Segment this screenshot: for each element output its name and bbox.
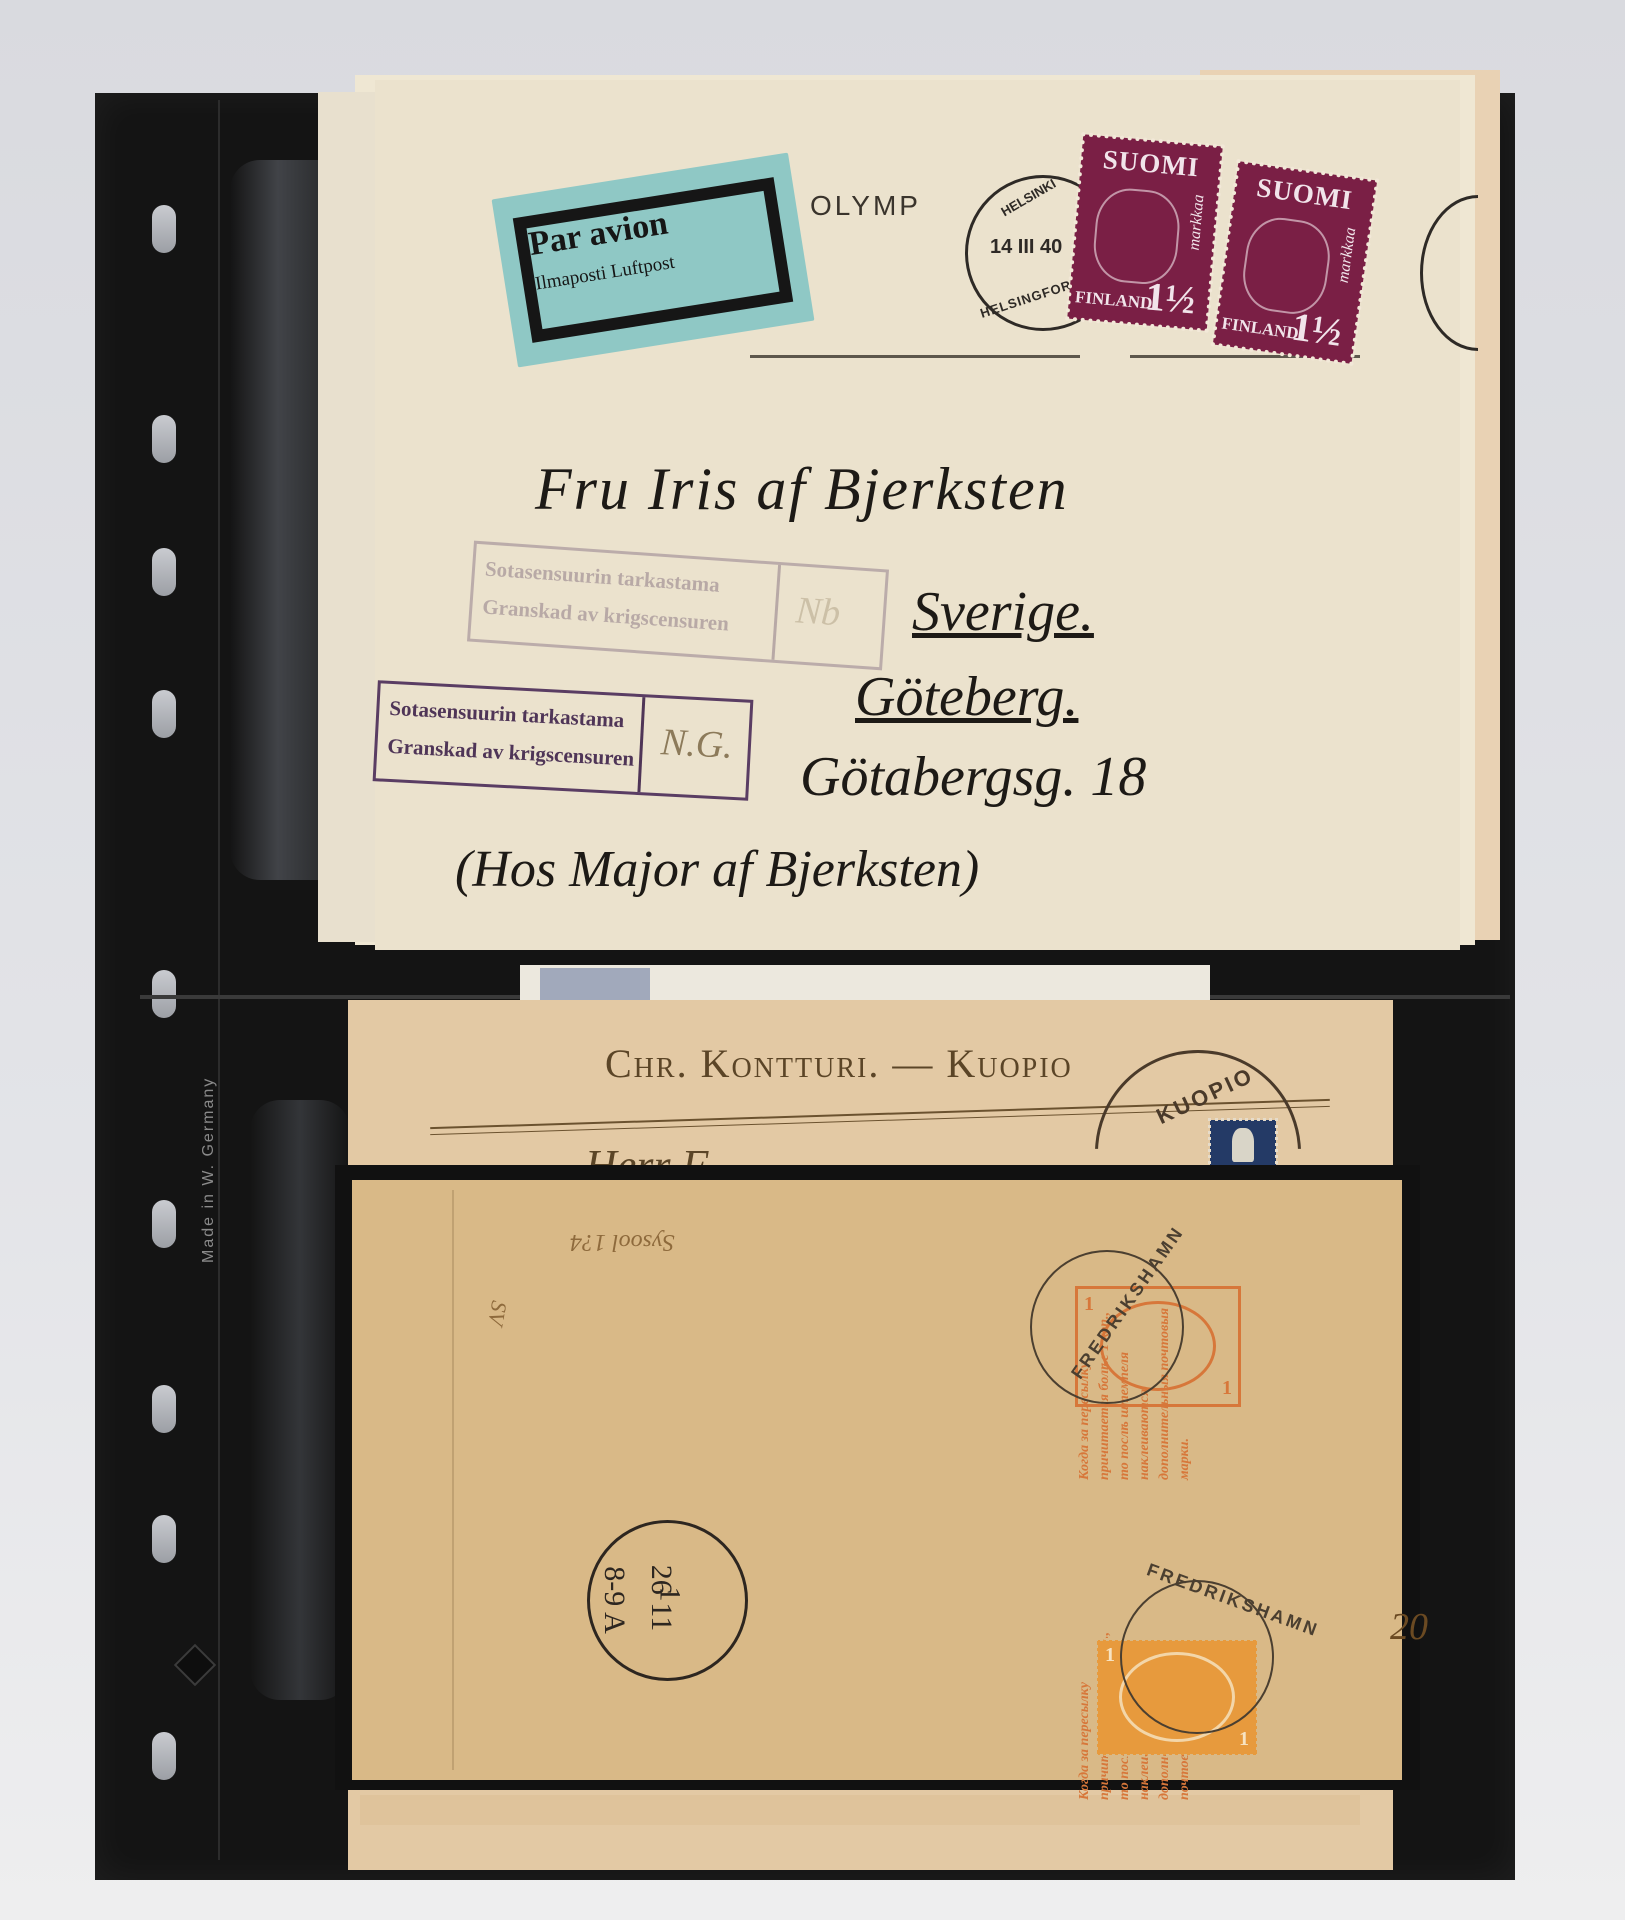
stamp-value: 1	[1239, 1728, 1249, 1751]
punch-hole	[152, 1385, 176, 1433]
indicium-value: 1	[1222, 1377, 1232, 1400]
stamp-currency: markkaa	[1335, 226, 1361, 284]
cancel-line	[750, 355, 1080, 358]
stamp-country: SUOMI	[1080, 142, 1222, 185]
censor-initial-box: Nb	[771, 565, 885, 667]
stamp-country-sub: FINLAND	[1220, 314, 1299, 345]
sleeve-binding-strip	[218, 100, 220, 1860]
envelope-edge	[360, 1795, 1360, 1825]
blue-stamp-partial	[540, 968, 650, 1002]
address-line-city: Göteberg.	[855, 665, 1078, 729]
punch-hole	[152, 1515, 176, 1563]
stamp-country-sub: FINLAND	[1074, 287, 1153, 314]
punch-hole	[152, 548, 176, 596]
punch-hole	[152, 1732, 176, 1780]
slogan-cancel: OLYMP	[810, 190, 921, 222]
card-fold-line	[452, 1190, 454, 1770]
punch-hole	[152, 415, 176, 463]
blue-arms-stamp	[1210, 1120, 1276, 1168]
postmark-city-top: HELSINKI	[998, 176, 1058, 219]
censor-line-1: Sotasensuurin tarkastama	[389, 696, 625, 733]
censor-line-1: Sotasensuurin tarkastama	[484, 556, 720, 597]
pencil-note: Sysool 1?4	[570, 1228, 675, 1255]
censor-mark: Sotasensuurin tarkastama Granskad av kri…	[373, 680, 754, 801]
punch-hole	[152, 205, 176, 253]
censor-initials: Nb	[794, 588, 841, 635]
censor-line-2: Granskad av krigscensuren	[387, 734, 635, 772]
edge-handwriting: 20	[1390, 1605, 1428, 1649]
stamp-value: 1½	[1143, 272, 1197, 323]
stamp-suomi-lion: SUOMI markkaa FINLAND 1½	[1067, 134, 1223, 330]
punch-hole	[152, 690, 176, 738]
address-line-street: Götabergsg. 18	[800, 745, 1146, 809]
fredrikshamn-postmark: FREDRIKSHAMN	[1120, 1580, 1274, 1734]
postmark-line: 26 11	[644, 1565, 678, 1631]
lion-emblem-icon	[1238, 213, 1334, 318]
postmark-date: 14 III 40	[990, 236, 1062, 259]
letterhead: Chr. Kontturi. — Kuopio	[605, 1040, 1073, 1087]
address-line-care-of: (Hos Major af Bjerksten)	[455, 840, 979, 899]
postmark-line: 8-9 A	[597, 1566, 631, 1634]
censor-line-2: Granskad av krigscensuren	[482, 594, 730, 636]
stamp-country: SUOMI	[1233, 169, 1376, 219]
sleeve-maker-text: Made in W. Germany	[200, 1020, 230, 1320]
fredrikshamn-postmark: FREDRIKSHAMN	[1030, 1250, 1184, 1404]
stamp-value: 1½	[1289, 302, 1345, 356]
receiving-postmark: 1 26 11 8-9 A	[587, 1520, 748, 1681]
pencil-note: SV	[482, 1299, 512, 1328]
address-line-name: Fru Iris af Bjerksten	[535, 455, 1069, 524]
address-line-country: Sverige.	[912, 580, 1094, 644]
censor-initial-box: N.G.	[637, 697, 750, 798]
stamp-currency: markkaa	[1186, 194, 1209, 251]
lion-emblem-icon	[1091, 186, 1183, 287]
stamp-value: 1	[1105, 1644, 1115, 1667]
censor-initials: N.G.	[660, 720, 734, 768]
stamp-suomi-lion: SUOMI markkaa FINLAND 1½	[1213, 161, 1377, 364]
punch-hole	[152, 970, 176, 1018]
punch-hole	[152, 1200, 176, 1248]
